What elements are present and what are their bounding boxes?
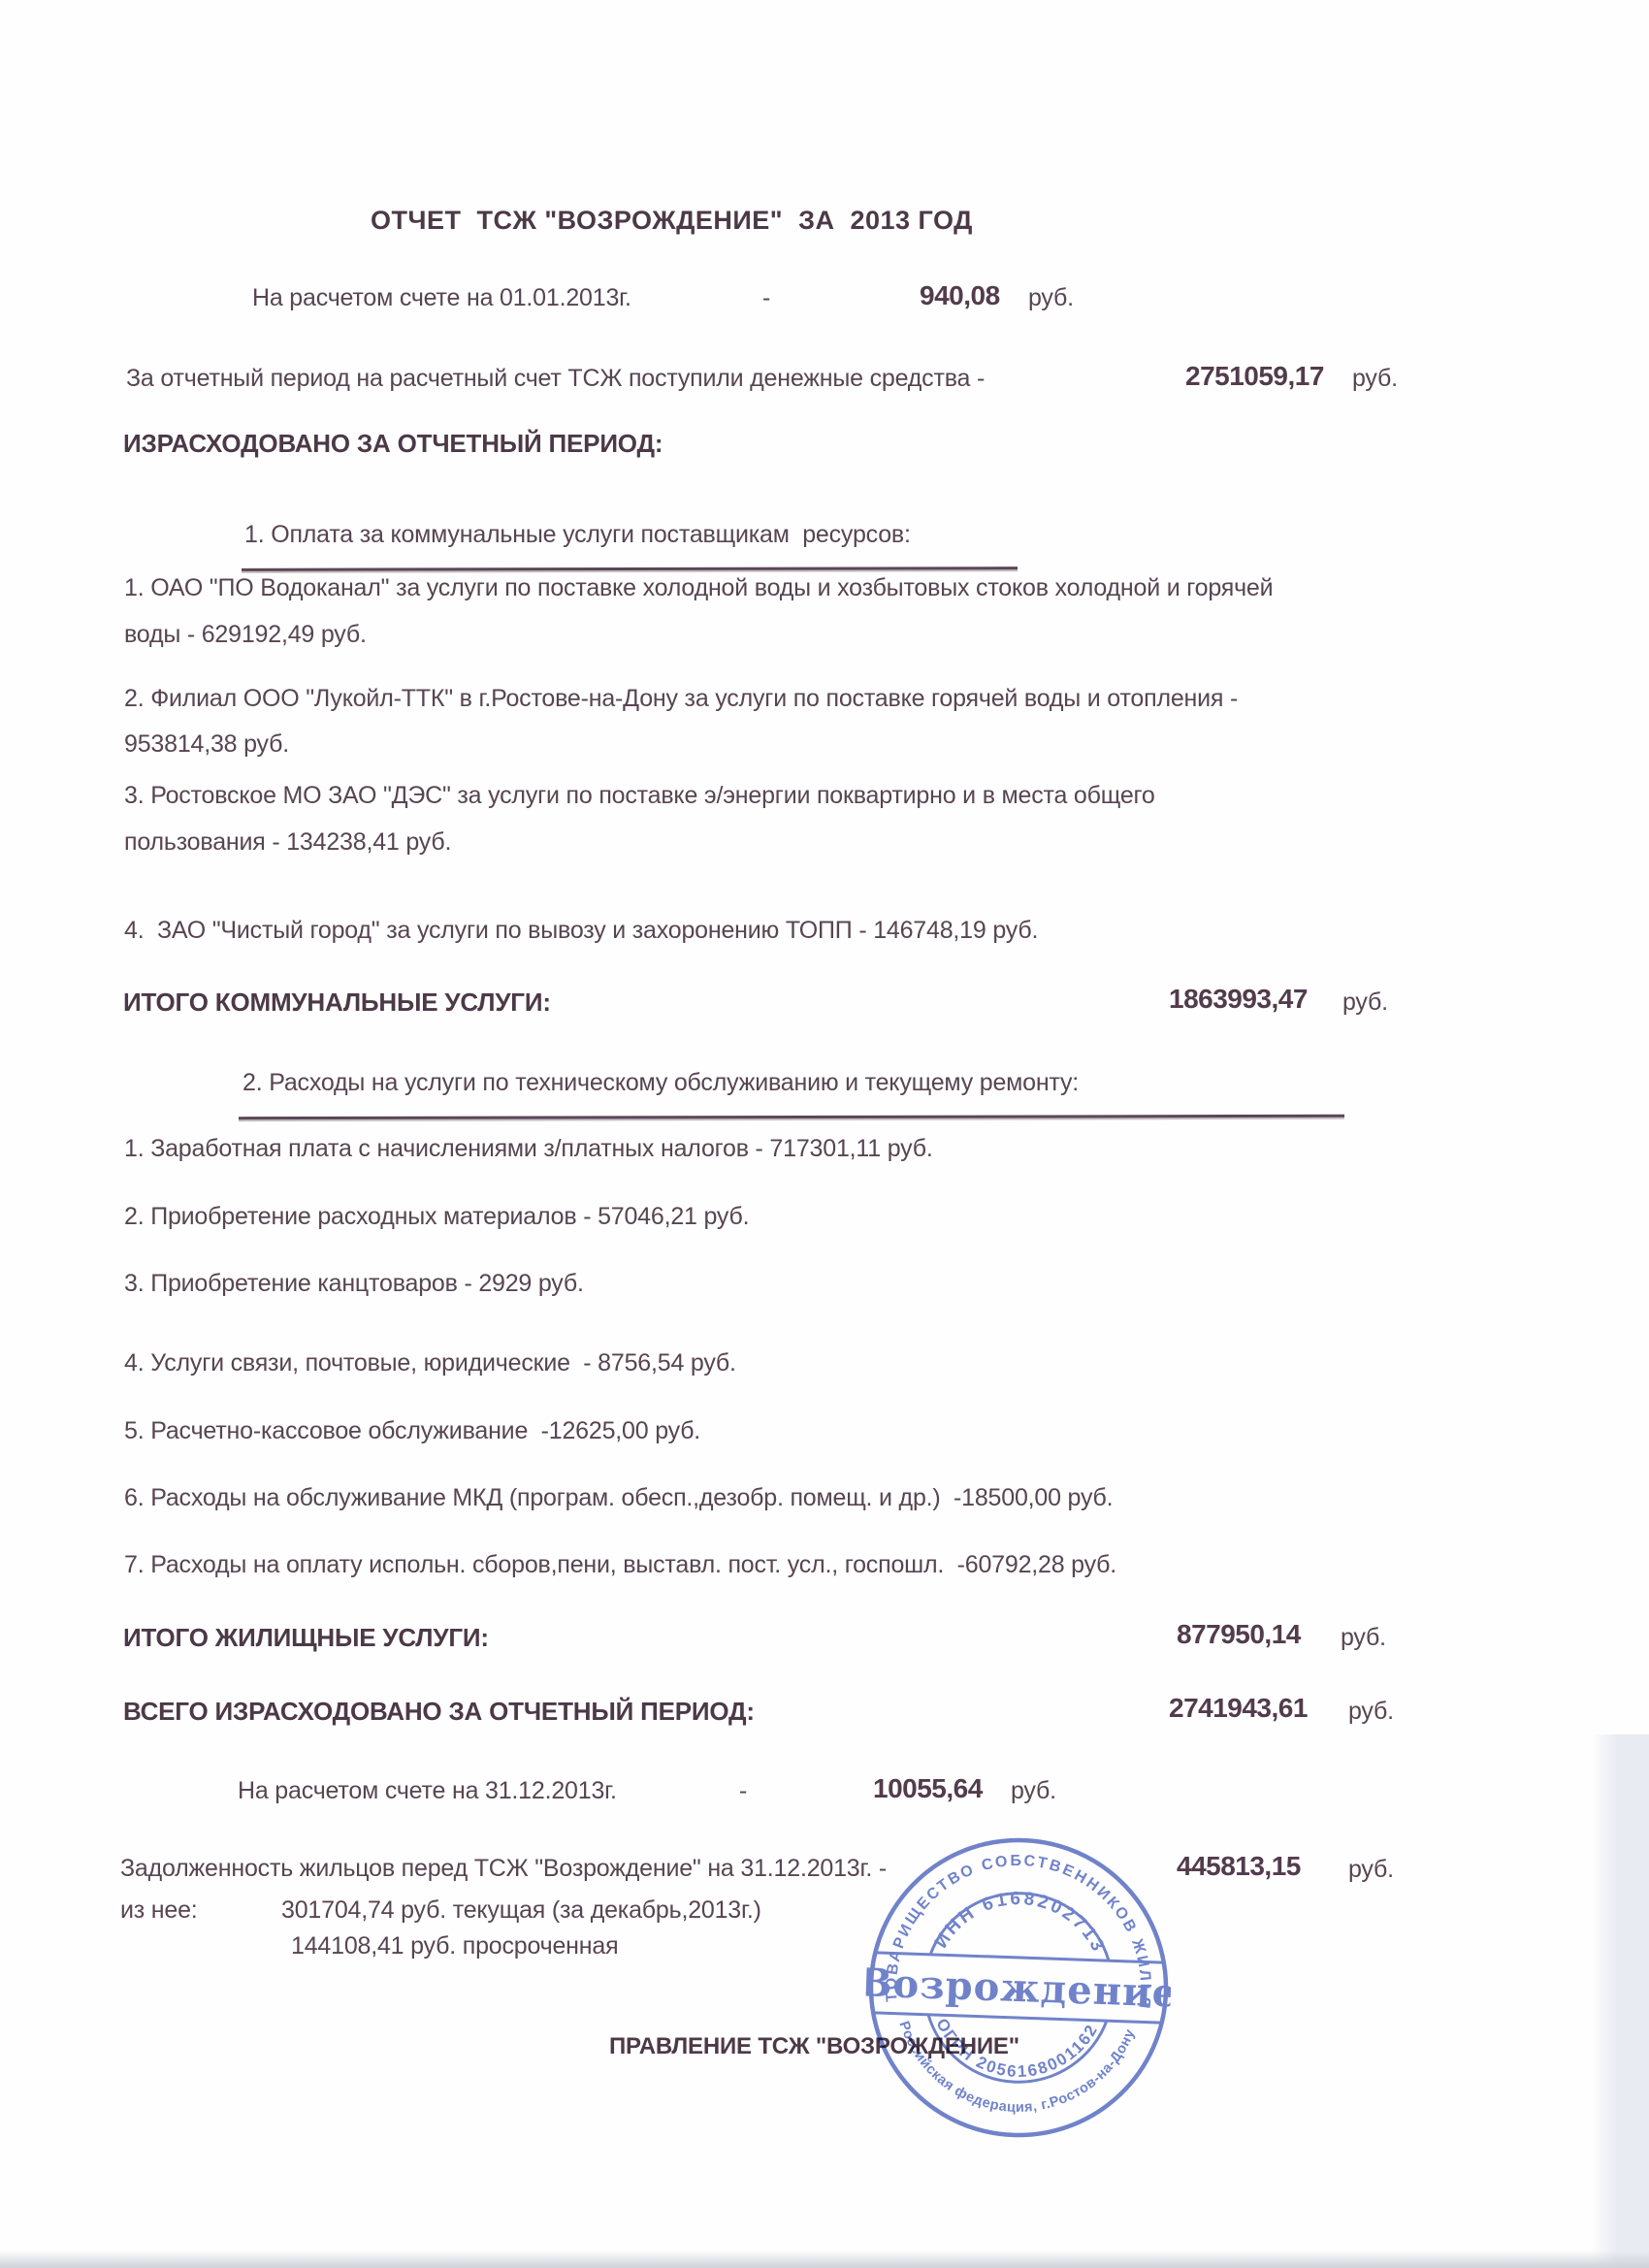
grand-total-currency: руб. [1348, 1698, 1394, 1726]
report-title: ОТЧЕТ ТСЖ "ВОЗРОЖДЕНИЕ" ЗА 2013 ГОД [371, 206, 973, 236]
maintenance-item-4: 4. Услуги связи, почтовые, юридические -… [124, 1349, 736, 1377]
closing-balance-dash: - [739, 1777, 747, 1805]
utilities-item-3-line-2: пользования - 134238,41 руб. [124, 828, 451, 857]
expenses-heading: ИЗРАСХОДОВАНО ЗА ОТЧЕТНЫЙ ПЕРИОД: [123, 429, 663, 459]
maintenance-item-1: 1. Заработная плата с начислениями з/пла… [124, 1135, 933, 1163]
utilities-item-1-line-2: воды - 629192,49 руб. [124, 621, 367, 649]
utilities-item-2-line-2: 953814,38 руб. [124, 730, 289, 759]
stamp-org-name: «Возрождение» [861, 1959, 1177, 2017]
utilities-section-heading: 1. Оплата за коммунальные услуги поставщ… [244, 521, 911, 549]
maintenance-item-7: 7. Расходы на оплату испольн. сборов,пен… [124, 1551, 1116, 1579]
stamp-inn-arc: ИНН 6168202713 [930, 1886, 1111, 1958]
housing-total-value: 877950,14 [1177, 1619, 1301, 1650]
stamp-ogrn-arc: ОГРН 2056168001162 [930, 2015, 1102, 2084]
debt-breakdown-label: из нее: [120, 1896, 198, 1925]
debt-currency: руб. [1348, 1856, 1394, 1884]
utilities-total-label: ИТОГО КОММУНАЛЬНЫЕ УСЛУГИ: [123, 988, 551, 1018]
opening-balance-dash: - [762, 284, 770, 312]
maintenance-item-6: 6. Расходы на обслуживание МКД (програм.… [124, 1484, 1113, 1512]
opening-balance-currency: руб. [1028, 284, 1074, 312]
maintenance-section-heading: 2. Расходы на услуги по техническому обс… [242, 1069, 1079, 1097]
grand-total-label: ВСЕГО ИЗРАСХОДОВАНО ЗА ОТЧЕТНЫЙ ПЕРИОД: [123, 1697, 755, 1727]
maintenance-heading-underline [239, 1115, 1344, 1119]
housing-total-label: ИТОГО ЖИЛИЩНЫЕ УСЛУГИ: [123, 1623, 489, 1653]
closing-balance-currency: руб. [1011, 1777, 1056, 1805]
utilities-total-value: 1863993,47 [1169, 984, 1308, 1015]
opening-balance-label: На расчетом счете на 01.01.2013г. [252, 284, 631, 312]
debt-current-line: 301704,74 руб. текущая (за декабрь,2013г… [281, 1896, 761, 1925]
maintenance-item-2: 2. Приобретение расходных материалов - 5… [124, 1203, 749, 1231]
scanned-report-page: ОТЧЕТ ТСЖ "ВОЗРОЖДЕНИЕ" ЗА 2013 ГОД На р… [0, 0, 1649, 2268]
utilities-total-currency: руб. [1342, 988, 1388, 1017]
debt-overdue-line: 144108,41 руб. просроченная [291, 1932, 618, 1960]
utilities-item-1-line-1: 1. ОАО "ПО Водоканал" за услуги по поста… [124, 574, 1273, 602]
income-value: 2751059,17 [1185, 361, 1324, 392]
utilities-heading-underline [242, 567, 1018, 571]
scan-edge-bottom-strip [0, 2251, 1649, 2268]
utilities-item-2-line-1: 2. Филиал ООО "Лукойл-ТТК" в г.Ростове-н… [124, 685, 1238, 713]
closing-balance-label: На расчетом счете на 31.12.2013г. [238, 1777, 617, 1805]
utilities-item-4: 4. ЗАО "Чистый город" за услуги по вывоз… [124, 917, 1038, 945]
income-currency: руб. [1352, 365, 1398, 393]
opening-balance-value: 940,08 [920, 280, 1000, 311]
debt-label: Задолженность жильцов перед ТСЖ "Возрожд… [120, 1855, 887, 1883]
maintenance-item-5: 5. Расчетно-кассовое обслуживание -12625… [124, 1417, 700, 1445]
grand-total-value: 2741943,61 [1169, 1693, 1308, 1724]
closing-balance-value: 10055,64 [873, 1773, 983, 1804]
debt-value: 445813,15 [1177, 1851, 1301, 1882]
income-label: За отчетный период на расчетный счет ТСЖ… [126, 365, 985, 393]
utilities-item-3-line-1: 3. Ростовское МО ЗАО "ДЭС" за услуги по … [124, 782, 1155, 810]
organization-stamp: ТОВАРИЩЕСТВО СОБСТВЕННИКОВ ЖИЛЬЯ ИНН 616… [861, 1831, 1177, 2146]
maintenance-item-3: 3. Приобретение канцтоваров - 2929 руб. [124, 1270, 584, 1298]
scan-edge-right-strip [1591, 1734, 1649, 2268]
housing-total-currency: руб. [1341, 1624, 1386, 1652]
